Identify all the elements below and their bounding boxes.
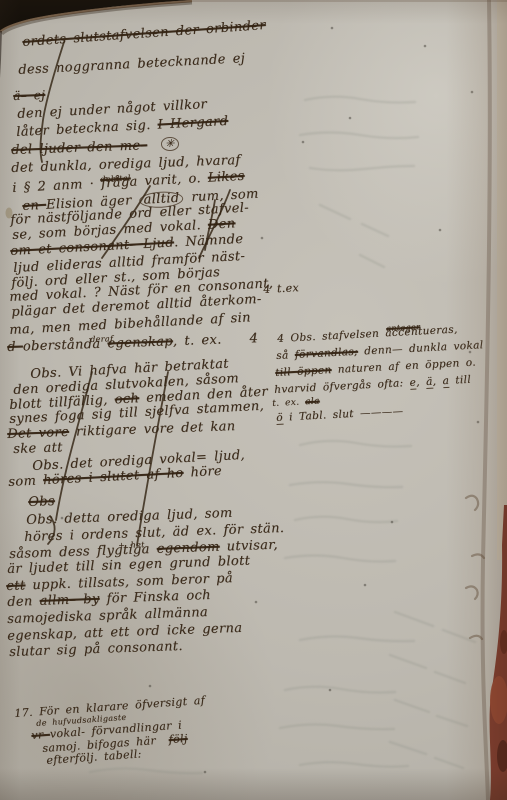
manuscript-line: ordets slutstafvelsen der orbinder: [22, 19, 266, 50]
marginal-note-line: hvarvid öfvergås ofta: e, ä, a till: [274, 375, 471, 397]
manuscript-line: del ljuder den me–: [11, 139, 147, 158]
margin-reference: 4 t.ex: [263, 282, 299, 296]
manuscript-photo: ordets slutstafvelsen der orbinderdess n…: [0, 0, 507, 800]
manuscript-line: ä– ej: [13, 89, 45, 103]
manuscript-line: debital: [100, 174, 131, 184]
manuscript-line: ske att: [13, 441, 63, 457]
marginal-note-line: t. ex. ala: [272, 398, 320, 410]
insertion-mark: ✳: [160, 137, 180, 151]
manuscript-line: dess noggranna betecknande ej: [18, 52, 245, 78]
marginal-note-line: ö i Tabl. slut ————: [276, 406, 404, 424]
handwriting-layer: ordets slutstafvelsen der orbinderdess n…: [0, 0, 507, 800]
manuscript-line: Obs: [28, 495, 55, 510]
